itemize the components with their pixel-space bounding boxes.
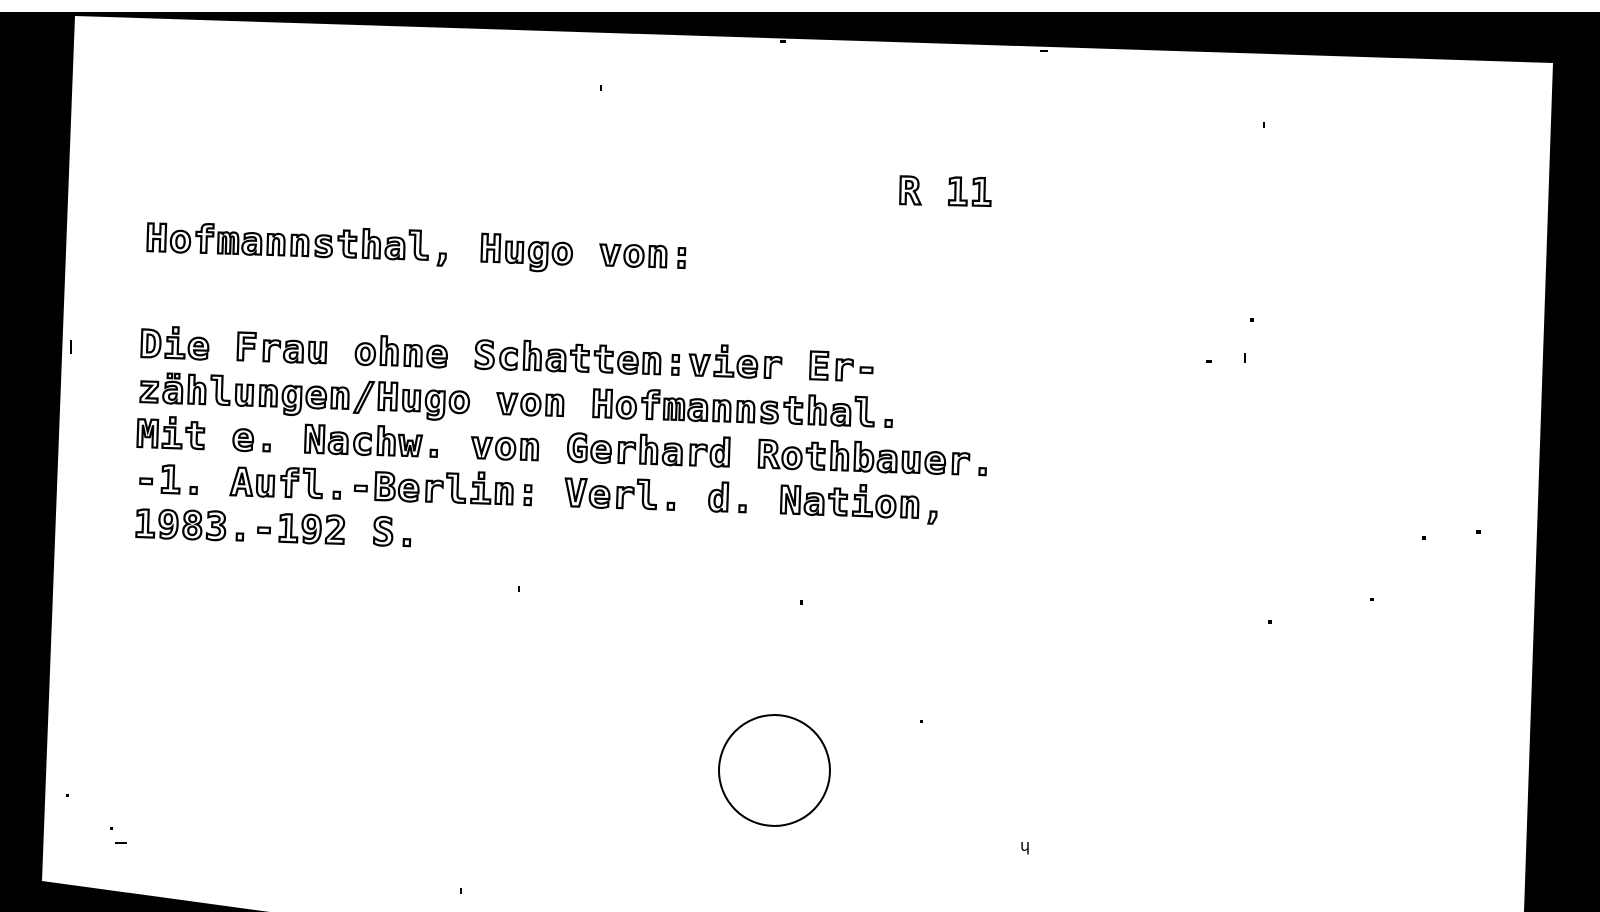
scan-noise — [800, 600, 803, 605]
punch-hole-circle — [718, 714, 831, 827]
scan-noise — [460, 888, 462, 894]
scan-noise — [1268, 620, 1272, 624]
scan-noise — [66, 794, 69, 797]
scan-noise — [518, 586, 520, 592]
scan-noise — [600, 85, 602, 91]
scan-noise — [1040, 50, 1048, 52]
scan-noise — [483, 22, 488, 26]
scan-noise — [1370, 598, 1374, 601]
scan-noise — [110, 827, 113, 830]
scan-top-strip — [0, 0, 1600, 12]
scan-noise — [780, 40, 786, 43]
scan-noise — [1422, 536, 1426, 540]
scan-noise — [115, 842, 127, 844]
scan-noise — [70, 340, 72, 354]
stray-mark: ɥ — [1020, 836, 1030, 855]
scan-noise — [920, 720, 923, 723]
scan-noise — [1263, 122, 1265, 128]
scan-noise — [1244, 353, 1246, 363]
scan-noise — [1476, 530, 1481, 534]
author-heading: Hofmannsthal, Hugo von: — [145, 216, 695, 277]
call-number: R 11 — [898, 169, 994, 215]
scan-noise — [1206, 360, 1212, 363]
scan-noise — [1250, 318, 1254, 322]
bibliographic-description: Die Frau ohne Schatten:vier Er- zählunge… — [133, 322, 1000, 575]
catalog-card: R 11 Hofmannsthal, Hugo von: Die Frau oh… — [0, 0, 1600, 912]
